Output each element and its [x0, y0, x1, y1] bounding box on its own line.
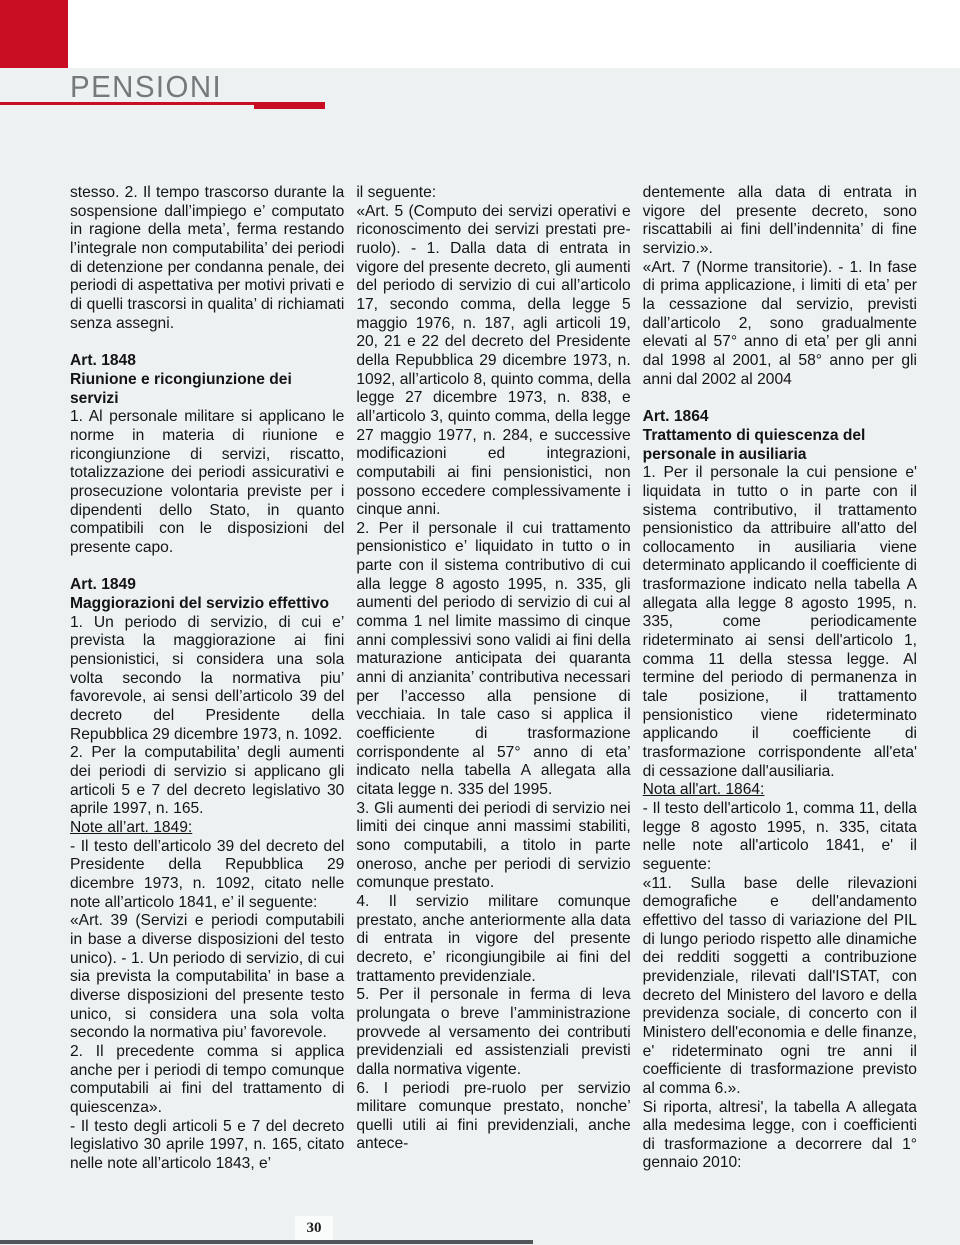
article-heading: Riunione e ricongiunzione dei servizi	[70, 371, 344, 408]
paragraph: 5. Per il personale in ferma di leva pro…	[356, 986, 630, 1079]
paragraph: 4. Il servizio militare comunque prestat…	[356, 893, 630, 986]
paragraph: «Art. 5 (Computo dei servizi operativi e…	[356, 203, 630, 520]
paragraph: «Art. 39 (Servizi e periodi computabili …	[70, 912, 344, 1043]
footer-rule	[0, 1240, 533, 1244]
article-heading: Maggiorazioni del servizio effettivo	[70, 595, 344, 614]
article-columns: stesso. 2. Il tempo trascorso durante la…	[70, 184, 917, 1194]
paragraph: - Il testo dell'articolo 1, comma 11, de…	[643, 800, 917, 875]
article-heading: Art. 1864	[643, 408, 917, 427]
note-heading: Note all’art. 1849:	[70, 819, 344, 838]
paragraph: 3. Gli aumenti dei periodi di servizio n…	[356, 800, 630, 893]
article-heading: Trattamento di quiescenza del personale …	[643, 427, 917, 464]
paragraph: 6. I periodi pre-ruolo per servizio mili…	[356, 1080, 630, 1155]
text-column-2: il seguente:«Art. 5 (Computo dei servizi…	[356, 184, 630, 1194]
article-heading: Art. 1849	[70, 576, 344, 595]
red-corner-block	[0, 0, 68, 68]
paragraph: 1. Al personale militare si applicano le…	[70, 408, 344, 557]
article-heading: Art. 1848	[70, 352, 344, 371]
page-title: PENSIONI	[70, 69, 222, 105]
paragraph: 1. Per il personale la cui pensione e' l…	[643, 464, 917, 781]
paragraph: Si riporta, altresi', la tabella A alleg…	[643, 1099, 917, 1174]
text-column-3: dentemente alla data di entrata in vigor…	[643, 184, 917, 1194]
paragraph: dentemente alla data di entrata in vigor…	[643, 184, 917, 259]
paragraph: stesso. 2. Il tempo trascorso durante la…	[70, 184, 344, 333]
page-number: 30	[295, 1216, 333, 1240]
paragraph: 1. Un periodo di servizio, di cui e’ pre…	[70, 614, 344, 745]
title-rule	[0, 102, 254, 105]
paragraph: - Il testo dell’articolo 39 del decreto …	[70, 838, 344, 913]
paragraph: 2. Il precedente comma si applica anche …	[70, 1043, 344, 1118]
paragraph: «Art. 7 (Norme transitorie). - 1. In fas…	[643, 259, 917, 390]
paragraph: 2. Per la computabilita’ degli aumenti d…	[70, 744, 344, 819]
paragraph: il seguente:	[356, 184, 630, 203]
text-column-1: stesso. 2. Il tempo trascorso durante la…	[70, 184, 344, 1194]
paragraph: - Il testo degli articoli 5 e 7 del decr…	[70, 1118, 344, 1174]
note-heading: Nota all'art. 1864:	[643, 781, 917, 800]
document-page: PENSIONI stesso. 2. Il tempo trascorso d…	[0, 0, 960, 1245]
title-rule-accent	[254, 102, 325, 109]
paragraph: 2. Per il personale il cui trattamento p…	[356, 520, 630, 800]
paragraph: «11. Sulla base delle rilevazioni demogr…	[643, 875, 917, 1099]
